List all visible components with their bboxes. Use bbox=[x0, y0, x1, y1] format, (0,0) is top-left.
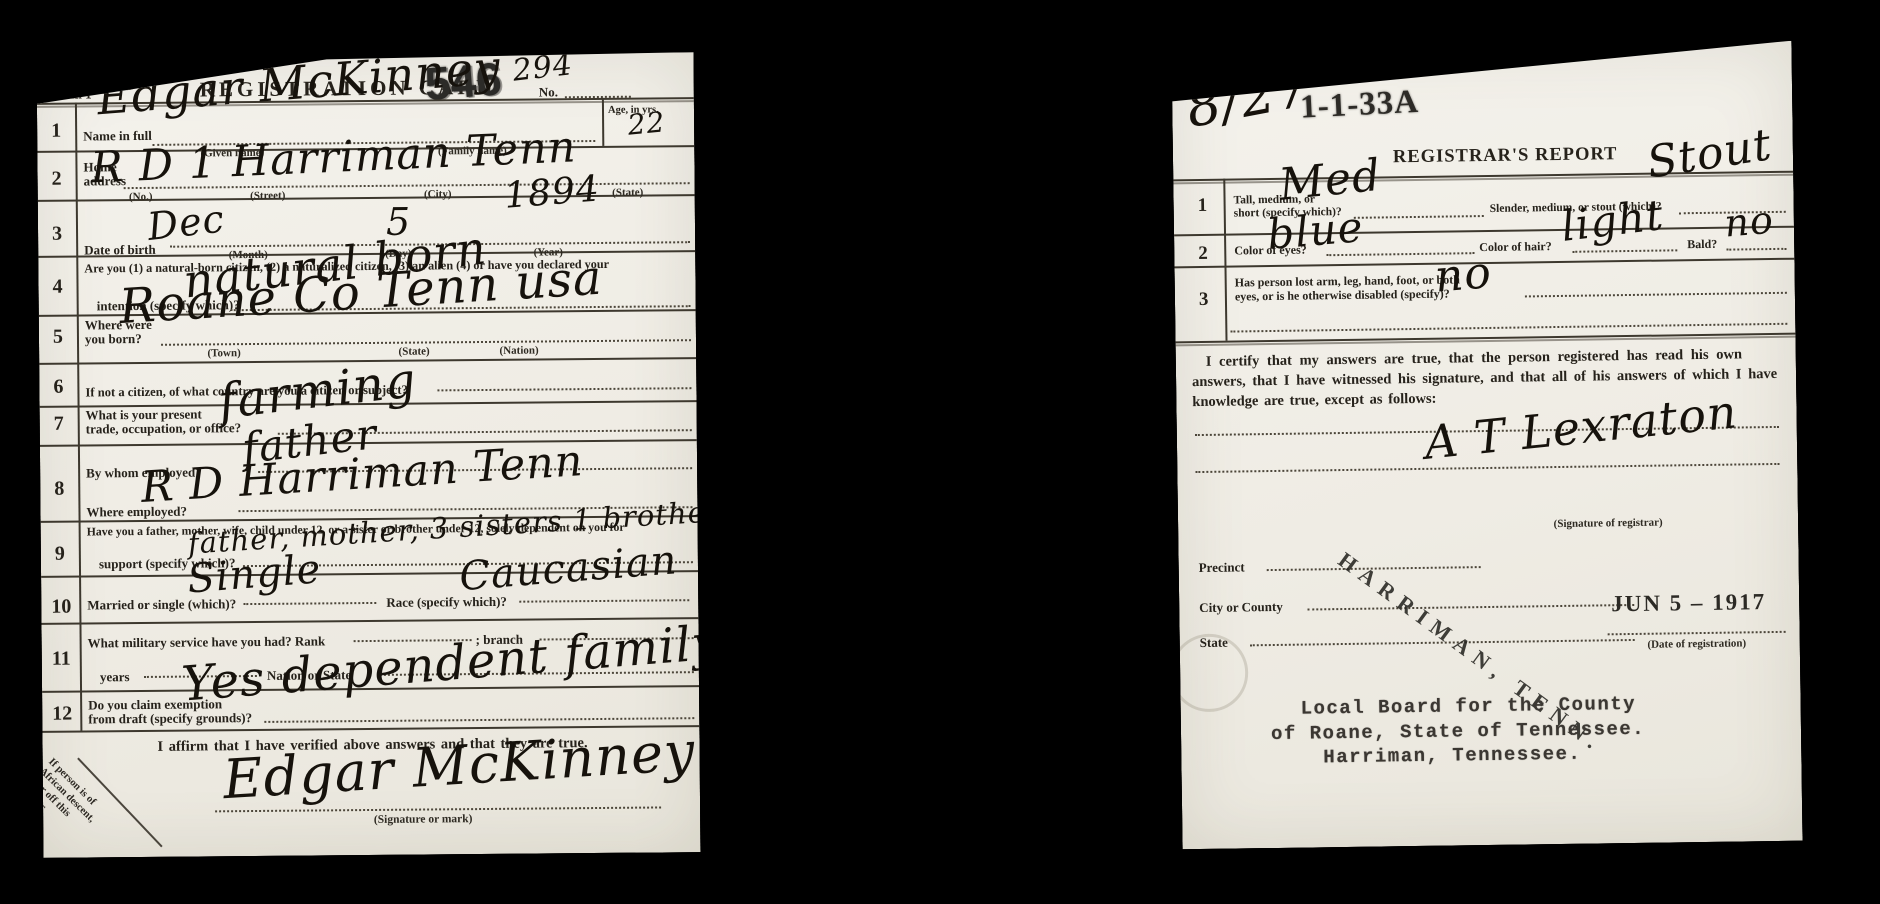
rule-divider bbox=[1176, 333, 1796, 344]
form-number-label: Form 1 bbox=[51, 87, 92, 101]
report-row-3-number: 3 bbox=[1199, 289, 1209, 311]
row-6-number: 6 bbox=[53, 376, 63, 399]
row-3-number: 3 bbox=[52, 223, 62, 246]
state-sublabel: (State) bbox=[598, 186, 658, 199]
registrar-signature: A T Lexraton bbox=[1422, 384, 1740, 469]
bald-label: Bald? bbox=[1687, 238, 1717, 251]
age-box-line bbox=[602, 98, 604, 146]
dotted-leader bbox=[1525, 292, 1787, 298]
disability-handwritten: no bbox=[1433, 247, 1494, 303]
certification-line-3: knowledge are true, except as follows: bbox=[1192, 392, 1436, 411]
row-8-number: 8 bbox=[54, 478, 64, 501]
african-descent-corner-note: If person is of African descent, tear of… bbox=[18, 756, 106, 844]
street-sublabel: (Street) bbox=[233, 190, 303, 203]
number-column-line bbox=[1223, 179, 1227, 341]
dotted-leader bbox=[1726, 248, 1786, 251]
row-9-number: 9 bbox=[55, 543, 65, 566]
signature-or-mark-label: (Signature or mark) bbox=[313, 813, 533, 827]
dotted-leader bbox=[1230, 323, 1787, 333]
row-5-number: 5 bbox=[53, 326, 63, 349]
row-12-number: 12 bbox=[52, 703, 72, 726]
date-stamp: JUN 5 – 1917 bbox=[1611, 589, 1766, 617]
precinct-label: Precinct bbox=[1199, 560, 1245, 574]
row-2-number: 2 bbox=[51, 168, 61, 191]
scanned-draft-card-page: { "colors": {"background":"#000000","pap… bbox=[0, 0, 1880, 904]
dotted-leader bbox=[1572, 249, 1677, 252]
height-handwritten: Med bbox=[1277, 150, 1384, 211]
signature-of-registrar-label: (Signature of registrar) bbox=[1508, 516, 1708, 531]
registrant-signature: Edgar McKinney bbox=[221, 720, 697, 812]
row-10-number: 10 bbox=[51, 596, 71, 619]
registration-card: Form 1 587 REGISTRATION CARD 546 No. 294… bbox=[37, 52, 701, 858]
no-sublabel: (No.) bbox=[116, 191, 166, 203]
dotted-leader bbox=[519, 599, 689, 602]
city-sublabel: (City) bbox=[408, 188, 468, 201]
dotted-leader bbox=[243, 602, 376, 605]
registrars-report-card: 8/27 1-1-33A REGISTRAR'S REPORT 1 Tall, … bbox=[1171, 41, 1802, 850]
exemption-handwritten: Yes dependent family bbox=[180, 614, 722, 712]
date-of-birth-label: Date of birth bbox=[84, 243, 156, 257]
local-board-stamp-line-1: Local Board for the County bbox=[1301, 693, 1637, 720]
married-single-handwritten: Single bbox=[186, 546, 323, 602]
build-handwritten: Stout bbox=[1644, 119, 1776, 189]
disability-label-2: eyes, or is he otherwise disabled (speci… bbox=[1235, 288, 1450, 304]
row-7-number: 7 bbox=[54, 413, 64, 436]
race-handwritten: Caucasian bbox=[458, 537, 679, 600]
date-of-registration-label: (Date of registration) bbox=[1608, 637, 1786, 651]
local-board-stamp-line-3: Harriman, Tennessee. bbox=[1323, 743, 1581, 769]
certification-line-2: answers, that I have witnessed his signa… bbox=[1192, 367, 1777, 390]
trade-label-2: trade, occupation, or office? bbox=[86, 421, 241, 436]
signature-line bbox=[1195, 463, 1779, 473]
eye-color-handwritten: blue bbox=[1265, 202, 1365, 259]
dotted-leader bbox=[1608, 631, 1786, 635]
report-row-2-number: 2 bbox=[1198, 243, 1208, 265]
town-sublabel: (Town) bbox=[189, 347, 259, 360]
form-code-stamp: 1-1-33A bbox=[1299, 84, 1419, 127]
exemption-label-2: from draft (specify grounds)? bbox=[88, 711, 252, 726]
city-or-county-label: City or County bbox=[1199, 600, 1283, 615]
age-value-handwritten: 22 bbox=[626, 105, 667, 141]
handwritten-code: 8/27 bbox=[1181, 55, 1316, 140]
name-value-handwritten: Edgar McKinney bbox=[95, 40, 503, 126]
order-number-handwritten: 294 bbox=[511, 47, 575, 89]
birth-month-handwritten: Dec bbox=[145, 196, 227, 248]
color-of-hair-label: Color of hair? bbox=[1479, 240, 1552, 254]
birth-year-handwritten: 1894 bbox=[503, 168, 602, 216]
nation-sublabel: (Nation) bbox=[484, 344, 554, 357]
row-11-number: 11 bbox=[52, 648, 71, 671]
report-title: REGISTRAR'S REPORT bbox=[1393, 145, 1603, 167]
years-label: years bbox=[100, 670, 130, 684]
row-1-number: 1 bbox=[51, 120, 61, 143]
no-label: No. bbox=[539, 85, 558, 99]
dotted-leader bbox=[437, 387, 691, 391]
bald-handwritten: no bbox=[1723, 198, 1776, 246]
dotted-leader bbox=[1307, 604, 1634, 611]
dotted-leader bbox=[264, 717, 694, 723]
dotted-leader bbox=[1354, 215, 1484, 219]
row-4-number: 4 bbox=[52, 276, 62, 299]
number-column-line bbox=[75, 103, 82, 731]
embossed-seal bbox=[1170, 633, 1249, 712]
report-row-1-number: 1 bbox=[1197, 195, 1207, 217]
hair-color-handwritten: light bbox=[1558, 190, 1666, 251]
